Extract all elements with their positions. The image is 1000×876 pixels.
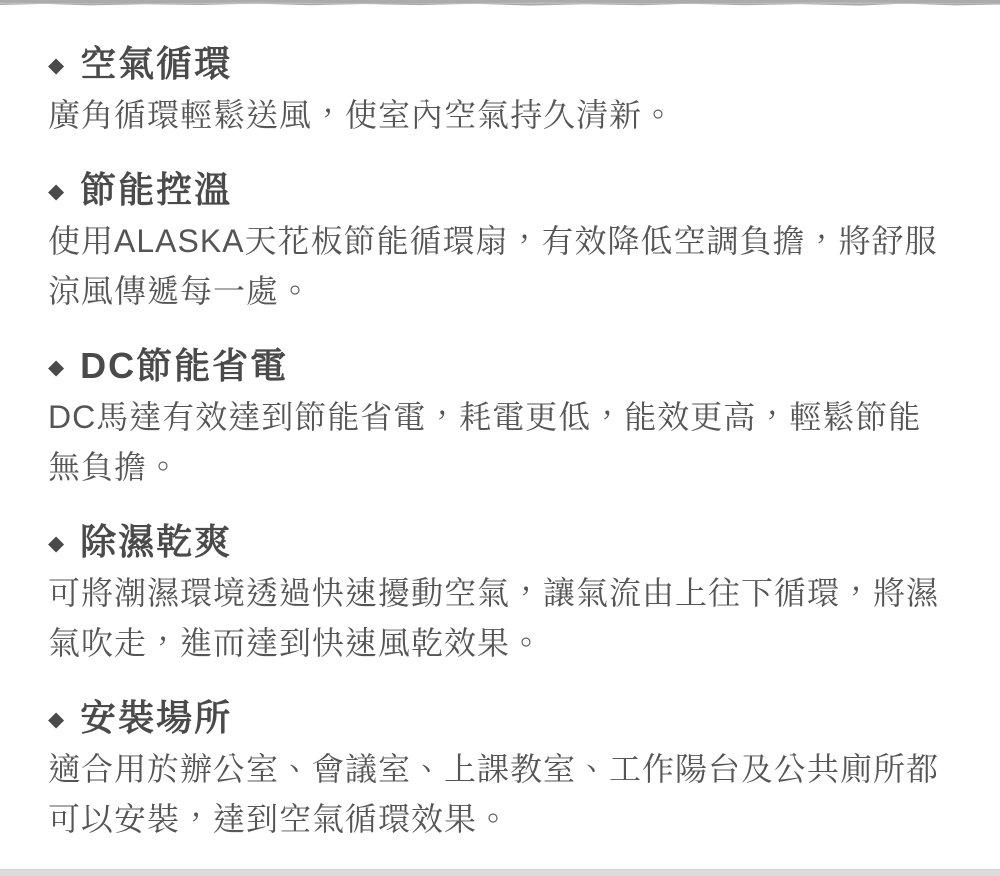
feature-section-air-circulation: ◆ 空氣循環 廣角循環輕鬆送風，使室內空氣持久清新。: [48, 44, 952, 140]
feature-section-installation-places: ◆ 安裝場所 適合用於辦公室、會議室、上課教室、工作陽台及公共廁所都可以安裝，達…: [48, 698, 952, 844]
diamond-bullet-icon: ◆: [48, 181, 66, 202]
feature-description: DC馬達有效達到節能省電，耗電更低，能效更高，輕鬆節能無負擔。: [48, 392, 952, 492]
feature-list: ◆ 空氣循環 廣角循環輕鬆送風，使室內空氣持久清新。 ◆ 節能控溫 使用ALAS…: [0, 0, 1000, 844]
feature-heading: ◆ 除濕乾爽: [48, 522, 952, 562]
feature-section-dehumidify: ◆ 除濕乾爽 可將潮濕環境透過快速擾動空氣，讓氣流由上往下循環，將濕氣吹走，進而…: [48, 522, 952, 668]
feature-title: 節能控溫: [80, 170, 232, 210]
feature-section-energy-temperature: ◆ 節能控溫 使用ALASKA天花板節能循環扇，有效降低空調負擔，將舒服涼風傳遞…: [48, 170, 952, 316]
torn-paper-edge-bottom: [0, 869, 1000, 876]
feature-heading: ◆ 安裝場所: [48, 698, 952, 738]
feature-title: 安裝場所: [80, 698, 232, 738]
diamond-bullet-icon: ◆: [48, 357, 66, 378]
feature-description: 廣角循環輕鬆送風，使室內空氣持久清新。: [48, 90, 952, 140]
feature-heading: ◆ 節能控溫: [48, 170, 952, 210]
product-description-page: { "page": { "background": "#ffffff", "to…: [0, 0, 1000, 876]
feature-description: 適合用於辦公室、會議室、上課教室、工作陽台及公共廁所都可以安裝，達到空氣循環效果…: [48, 744, 952, 844]
feature-description: 使用ALASKA天花板節能循環扇，有效降低空調負擔，將舒服涼風傳遞每一處。: [48, 216, 952, 316]
feature-section-dc-power-saving: ◆ DC節能省電 DC馬達有效達到節能省電，耗電更低，能效更高，輕鬆節能無負擔。: [48, 346, 952, 492]
feature-heading: ◆ DC節能省電: [48, 346, 952, 386]
diamond-bullet-icon: ◆: [48, 709, 66, 730]
diamond-bullet-icon: ◆: [48, 533, 66, 554]
feature-title: DC節能省電: [80, 346, 288, 386]
diamond-bullet-icon: ◆: [48, 55, 66, 76]
feature-title: 除濕乾爽: [80, 522, 232, 562]
feature-title: 空氣循環: [80, 44, 232, 84]
feature-description: 可將潮濕環境透過快速擾動空氣，讓氣流由上往下循環，將濕氣吹走，進而達到快速風乾效…: [48, 568, 952, 668]
feature-heading: ◆ 空氣循環: [48, 44, 952, 84]
